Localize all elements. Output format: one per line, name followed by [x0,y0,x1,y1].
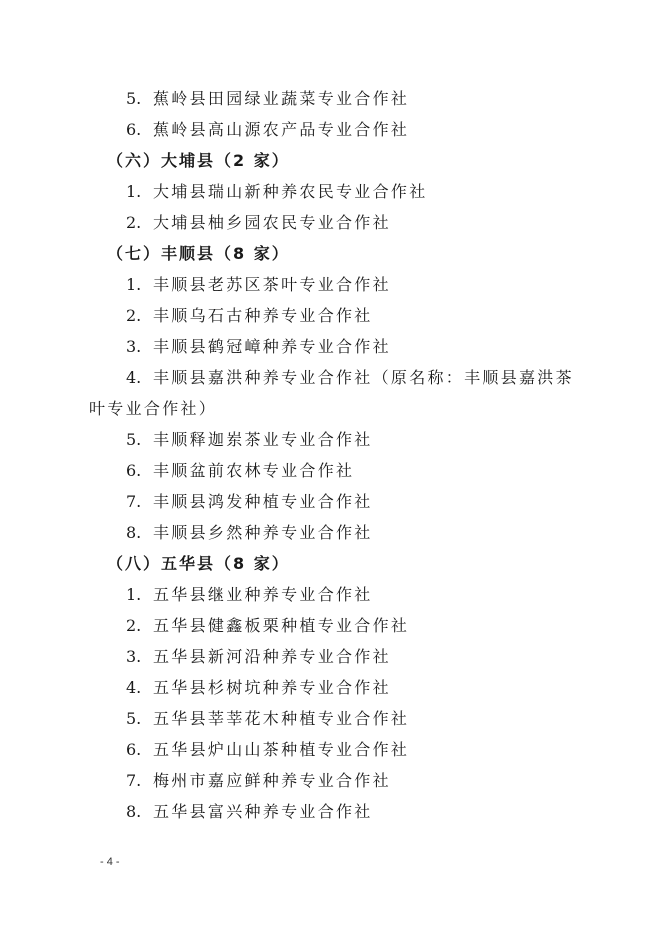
item-number: 8. [126,517,153,548]
list-item: 1.五华县继业种养专业合作社 [126,579,373,610]
list-item: 3.丰顺县鹤冠嶂种养专业合作社 [126,331,391,362]
item-text: 蕉岭县田园绿业蔬菜专业合作社 [153,89,409,108]
list-item-continuation: 叶专业合作社） [89,393,217,424]
list-item: 4.丰顺县嘉洪种养专业合作社（原名称：丰顺县嘉洪茶 [126,362,574,393]
item-number: 7. [126,765,153,796]
item-number: 2. [126,300,153,331]
item-text: 丰顺盆前农林专业合作社 [153,461,354,480]
list-item: 5.五华县莘莘花木种植专业合作社 [126,703,409,734]
item-text: 五华县莘莘花木种植专业合作社 [153,709,409,728]
item-number: 6. [126,734,153,765]
list-item: 7.丰顺县鸿发种植专业合作社 [126,486,373,517]
item-number: 8. [126,796,153,827]
item-text: 丰顺释迦岽茶业专业合作社 [153,430,373,449]
item-text: 蕉岭县高山源农产品专业合作社 [153,120,409,139]
item-text: 五华县富兴种养专业合作社 [153,802,373,821]
item-text: 大埔县柚乡园农民专业合作社 [153,213,391,232]
list-item: 2.大埔县柚乡园农民专业合作社 [126,207,391,238]
item-text: 丰顺乌石古种养专业合作社 [153,306,373,325]
list-item: 6.丰顺盆前农林专业合作社 [126,455,354,486]
list-item: 1.大埔县瑞山新种养农民专业合作社 [126,176,428,207]
list-item: 6.蕉岭县高山源农产品专业合作社 [126,114,409,145]
item-number: 6. [126,114,153,145]
item-text: 五华县新河沿种养专业合作社 [153,647,391,666]
section-heading: （六）大埔县（2 家） [107,145,290,176]
item-text: 梅州市嘉应鲜种养专业合作社 [153,771,391,790]
item-number: 5. [126,83,153,114]
item-number: 4. [126,362,153,393]
item-number: 1. [126,269,153,300]
item-text: 丰顺县鸿发种植专业合作社 [153,492,373,511]
item-text: 五华县继业种养专业合作社 [153,585,373,604]
item-number: 1. [126,176,153,207]
item-text: 五华县炉山山茶种植专业合作社 [153,740,409,759]
list-item: 5.蕉岭县田园绿业蔬菜专业合作社 [126,83,409,114]
list-item: 4.五华县杉树坑种养专业合作社 [126,672,391,703]
list-item: 1.丰顺县老苏区茶叶专业合作社 [126,269,391,300]
list-item: 2.五华县健鑫板栗种植专业合作社 [126,610,409,641]
item-text: 丰顺县嘉洪种养专业合作社（原名称：丰顺县嘉洪茶 [153,368,574,387]
item-number: 6. [126,455,153,486]
list-item: 5.丰顺释迦岽茶业专业合作社 [126,424,373,455]
item-number: 2. [126,207,153,238]
item-number: 3. [126,331,153,362]
item-text: 五华县杉树坑种养专业合作社 [153,678,391,697]
item-number: 2. [126,610,153,641]
item-text: 丰顺县老苏区茶叶专业合作社 [153,275,391,294]
item-number: 1. [126,579,153,610]
section-heading: （八）五华县（8 家） [107,548,290,579]
item-number: 3. [126,641,153,672]
list-item: 2.丰顺乌石古种养专业合作社 [126,300,373,331]
item-text: 五华县健鑫板栗种植专业合作社 [153,616,409,635]
document-page: 5.蕉岭县田园绿业蔬菜专业合作社 6.蕉岭县高山源农产品专业合作社 （六）大埔县… [0,0,662,936]
page-number: - 4 - [100,856,120,868]
item-text: 丰顺县乡然种养专业合作社 [153,523,373,542]
list-item: 7.梅州市嘉应鲜种养专业合作社 [126,765,391,796]
item-number: 5. [126,703,153,734]
item-number: 4. [126,672,153,703]
item-number: 5. [126,424,153,455]
item-text: 大埔县瑞山新种养农民专业合作社 [153,182,428,201]
list-item: 3.五华县新河沿种养专业合作社 [126,641,391,672]
section-heading: （七）丰顺县（8 家） [107,238,290,269]
item-number: 7. [126,486,153,517]
list-item: 8.丰顺县乡然种养专业合作社 [126,517,373,548]
list-item: 8.五华县富兴种养专业合作社 [126,796,373,827]
list-item: 6.五华县炉山山茶种植专业合作社 [126,734,409,765]
item-text: 丰顺县鹤冠嶂种养专业合作社 [153,337,391,356]
